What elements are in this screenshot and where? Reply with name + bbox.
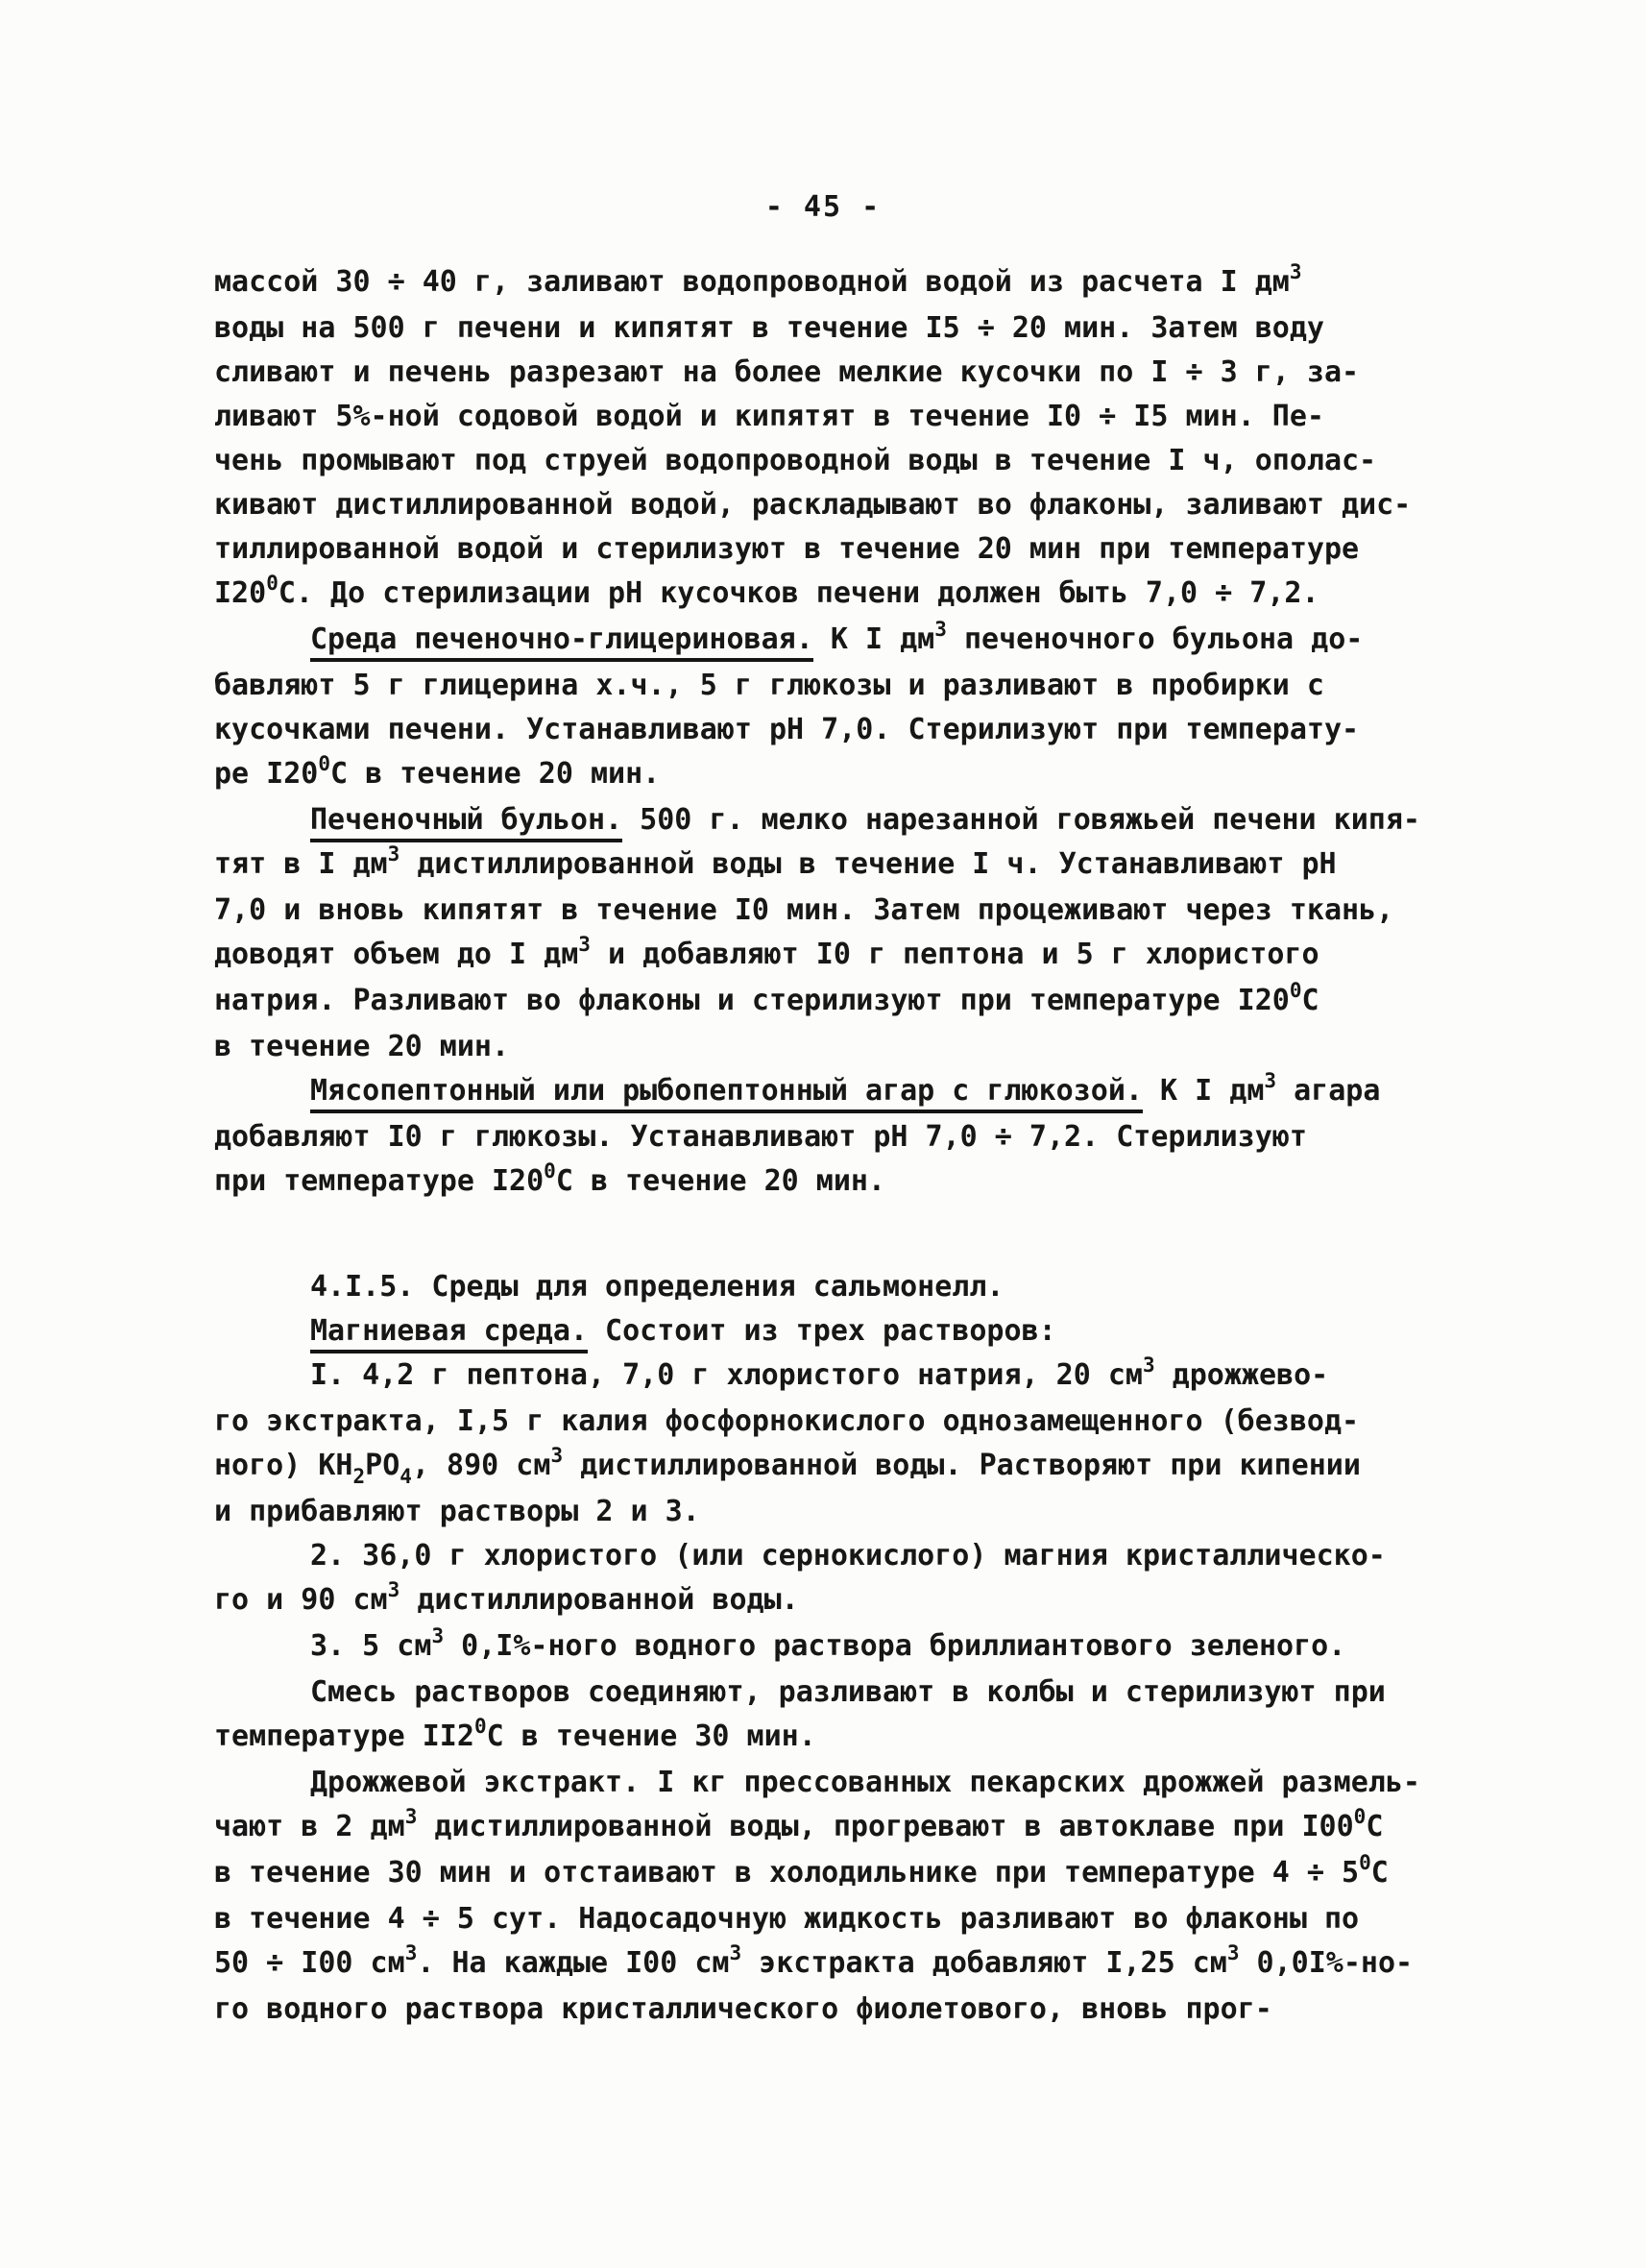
text-line: бавляют 5 г глицерина х.ч., 5 г глюкозы … [214, 664, 1559, 708]
text-segment: в течение 30 мин и отстаивают в холодиль… [214, 1856, 1359, 1890]
text-segment: тиллированной водой и стерилизуют в тече… [214, 532, 1359, 566]
text-segment: сливают и печень разрезают на более мелк… [214, 355, 1359, 389]
text-segment: 500 г. мелко нарезанной говяжьей печени … [622, 803, 1420, 837]
text-line: го водного раствора кристаллического фио… [214, 1988, 1559, 2032]
text-line: в течение 30 мин и отстаивают в холодиль… [214, 1851, 1559, 1897]
text-segment: 0,I%-ного водного раствора бриллиантовог… [444, 1629, 1345, 1663]
text-segment: дистиллированной воды. [399, 1583, 798, 1617]
superscript: 3 [1143, 1353, 1155, 1377]
text-segment: температуре II2 [214, 1719, 474, 1753]
text-segment: РО [365, 1449, 399, 1482]
text-segment: кивают дистиллированной водой, раскладыв… [214, 488, 1411, 522]
text-segment: С в течение 30 мин. [487, 1719, 816, 1753]
text-segment: в течение 20 мин. [214, 1030, 509, 1063]
list-item-2: 2. 36,0 г хлористого (или сернокислого) … [214, 1534, 1559, 1578]
scanned-document-page: - 45 - массой 30 ÷ 40 г, заливают водопр… [0, 0, 1646, 2268]
text-segment: 0,0I%-но- [1240, 1946, 1414, 1980]
text-line: массой 30 ÷ 40 г, заливают водопроводной… [214, 260, 1559, 306]
subscript: 2 [353, 1465, 366, 1488]
text-line: I200С. До стерилизации рН кусочков печен… [214, 572, 1559, 618]
text-line: натрия. Разливают во флаконы и стерилизу… [214, 979, 1559, 1025]
superscript: 3 [934, 618, 947, 641]
underlined-term: Печеночный бульон. [310, 803, 622, 842]
text-segment: С. До стерилизации рН кусочков печени до… [278, 576, 1319, 610]
superscript: 0 [1354, 1805, 1367, 1828]
text-line: и прибавляют растворы 2 и 3. [214, 1490, 1559, 1534]
list-item-3: 3. 5 см3 0,I%-ного водного раствора брил… [214, 1624, 1559, 1671]
text-segment: экстракта добавляют I,25 см [741, 1946, 1227, 1980]
text-segment: С [1366, 1810, 1383, 1843]
text-segment: го экстракта, I,5 г калия фосфорнокислог… [214, 1404, 1359, 1438]
superscript: 3 [729, 1941, 741, 1964]
text-segment: I20 [214, 576, 266, 610]
superscript: 3 [1264, 1069, 1276, 1092]
text-segment: С в течение 20 мин. [330, 757, 660, 791]
text-segment: С в течение 20 мин. [556, 1164, 885, 1198]
text-segment: К I дм [1143, 1074, 1264, 1108]
superscript: 3 [1227, 1941, 1240, 1964]
text-segment: натрия. Разливают во флаконы и стерилизу… [214, 984, 1290, 1017]
superscript: 0 [1290, 979, 1302, 1002]
text-segment: дистиллированной воды. Растворяют при ки… [563, 1449, 1361, 1482]
media-heading-liver-broth: Печеночный бульон. 500 г. мелко нарезанн… [214, 798, 1559, 842]
text-segment: . На каждые I00 см [417, 1946, 729, 1980]
superscript: 3 [550, 1444, 563, 1467]
text-line: доводят объем до I дм3 и добавляют I0 г … [214, 933, 1559, 979]
underlined-term: Мясопептонный или рыбопептонный агар с г… [310, 1074, 1143, 1113]
text-segment: ливают 5%-ной содовой водой и кипятят в … [214, 400, 1324, 433]
text-segment: доводят объем до I дм [214, 938, 578, 971]
text-segment: и добавляют I0 г пептона и 5 г хлористог… [591, 938, 1319, 971]
underlined-term: Магниевая среда. [310, 1314, 588, 1353]
text-segment: ного) КН [214, 1449, 353, 1482]
text-segment: агара [1276, 1074, 1380, 1108]
text-segment: 3. 5 см [310, 1629, 431, 1663]
text-line: кивают дистиллированной водой, раскладыв… [214, 483, 1559, 527]
text-segment: чают в 2 дм [214, 1810, 405, 1843]
text-segment: Смесь растворов соединяют, разливают в к… [310, 1675, 1386, 1709]
media-heading-liver-glycerin: Среда печеночно-глицериновая. К I дм3 пе… [214, 618, 1559, 664]
section-heading-4-1-5: 4.I.5. Среды для определения сальмонелл. [214, 1265, 1559, 1309]
text-segment: воды на 500 г печени и кипятят в течение… [214, 311, 1324, 345]
text-segment: го водного раствора кристаллического фио… [214, 1992, 1272, 2026]
media-heading-magnesium: Магниевая среда. Состоит из трех раствор… [214, 1309, 1559, 1353]
superscript: 0 [474, 1715, 487, 1738]
text-line: 50 ÷ I00 см3. На каждые I00 см3 экстракт… [214, 1941, 1559, 1988]
text-line: тят в I дм3 дистиллированной воды в тече… [214, 842, 1559, 889]
text-segment: 7,0 и вновь кипятят в течение I0 мин. За… [214, 893, 1393, 927]
superscript: 0 [544, 1159, 556, 1183]
superscript: 0 [318, 752, 330, 775]
text-line: кусочками печени. Устанавливают рН 7,0. … [214, 708, 1559, 752]
document-body: массой 30 ÷ 40 г, заливают водопроводной… [214, 260, 1559, 2032]
text-segment: кусочками печени. Устанавливают рН 7,0. … [214, 713, 1359, 746]
text-line: ного) КН2РО4, 890 см3 дистиллированной в… [214, 1444, 1559, 1490]
superscript: 3 [405, 1941, 418, 1964]
text-segment: го и 90 см [214, 1583, 388, 1617]
text-segment: добавляют I0 г глюкозы. Устанавливают рН… [214, 1120, 1307, 1154]
text-line: го и 90 см3 дистиллированной воды. [214, 1578, 1559, 1624]
text-line: го экстракта, I,5 г калия фосфорнокислог… [214, 1400, 1559, 1444]
text-line: температуре II20С в течение 30 мин. [214, 1715, 1559, 1761]
superscript: 3 [405, 1805, 418, 1828]
text-segment: Дрожжевой экстракт. I кг прессованных пе… [310, 1766, 1420, 1799]
text-line: ливают 5%-ной содовой водой и кипятят в … [214, 395, 1559, 439]
text-line: ре I200С в течение 20 мин. [214, 752, 1559, 798]
superscript: 3 [578, 933, 591, 956]
text-segment: 50 ÷ I00 см [214, 1946, 405, 1980]
text-segment: I. 4,2 г пептона, 7,0 г хлористого натри… [310, 1358, 1143, 1392]
text-segment: 4.I.5. Среды для определения сальмонелл. [310, 1270, 1004, 1304]
text-line: в течение 4 ÷ 5 сут. Надосадочную жидкос… [214, 1897, 1559, 1941]
text-line: тиллированной водой и стерилизуют в тече… [214, 527, 1559, 572]
text-segment: 2. 36,0 г хлористого (или сернокислого) … [310, 1539, 1386, 1573]
superscript: 3 [431, 1624, 444, 1647]
text-segment: при температуре I20 [214, 1164, 544, 1198]
text-segment: дрожжево- [1155, 1358, 1329, 1392]
text-segment: дистиллированной воды, прогревают в авто… [417, 1810, 1353, 1843]
text-segment: С [1301, 984, 1319, 1017]
text-line: добавляют I0 г глюкозы. Устанавливают рН… [214, 1115, 1559, 1159]
text-segment: дистиллированной воды в течение I ч. Уст… [399, 847, 1336, 881]
text-segment: чень промывают под струей водопроводной … [214, 444, 1376, 477]
subscript: 4 [399, 1465, 412, 1488]
text-line: сливают и печень разрезают на более мелк… [214, 351, 1559, 395]
text-segment: , 890 см [412, 1449, 551, 1482]
text-segment: и прибавляют растворы 2 и 3. [214, 1495, 700, 1528]
media-heading-agar-glucose: Мясопептонный или рыбопептонный агар с г… [214, 1069, 1559, 1115]
underlined-term: Среда печеночно-глицериновая. [310, 622, 813, 662]
text-segment: ре I20 [214, 757, 318, 791]
text-line: в течение 20 мин. [214, 1025, 1559, 1069]
text-line: чают в 2 дм3 дистиллированной воды, прог… [214, 1805, 1559, 1851]
media-heading-yeast-extract: Дрожжевой экстракт. I кг прессованных пе… [214, 1761, 1559, 1805]
superscript: 3 [1290, 260, 1302, 283]
text-segment: Состоит из трех растворов: [588, 1314, 1056, 1348]
text-line: 7,0 и вновь кипятят в течение I0 мин. За… [214, 889, 1559, 933]
page-number: - 45 - [0, 185, 1646, 230]
text-segment: печеночного бульона до- [947, 622, 1363, 656]
text-segment: массой 30 ÷ 40 г, заливают водопроводной… [214, 265, 1290, 299]
text-segment: в течение 4 ÷ 5 сут. Надосадочную жидкос… [214, 1902, 1359, 1936]
superscript: 0 [266, 572, 278, 595]
list-item-1: I. 4,2 г пептона, 7,0 г хлористого натри… [214, 1353, 1559, 1400]
text-segment: К I дм [813, 622, 934, 656]
text-segment: бавляют 5 г глицерина х.ч., 5 г глюкозы … [214, 669, 1324, 702]
superscript: 3 [388, 842, 400, 866]
superscript: 3 [388, 1578, 400, 1601]
superscript: 0 [1359, 1851, 1371, 1874]
text-segment: С [1371, 1856, 1389, 1890]
text-line: воды на 500 г печени и кипятят в течение… [214, 306, 1559, 351]
text-line: чень промывают под струей водопроводной … [214, 439, 1559, 483]
text-segment: тят в I дм [214, 847, 388, 881]
text-line: при температуре I200С в течение 20 мин. [214, 1159, 1559, 1206]
text-line: Смесь растворов соединяют, разливают в к… [214, 1671, 1559, 1715]
